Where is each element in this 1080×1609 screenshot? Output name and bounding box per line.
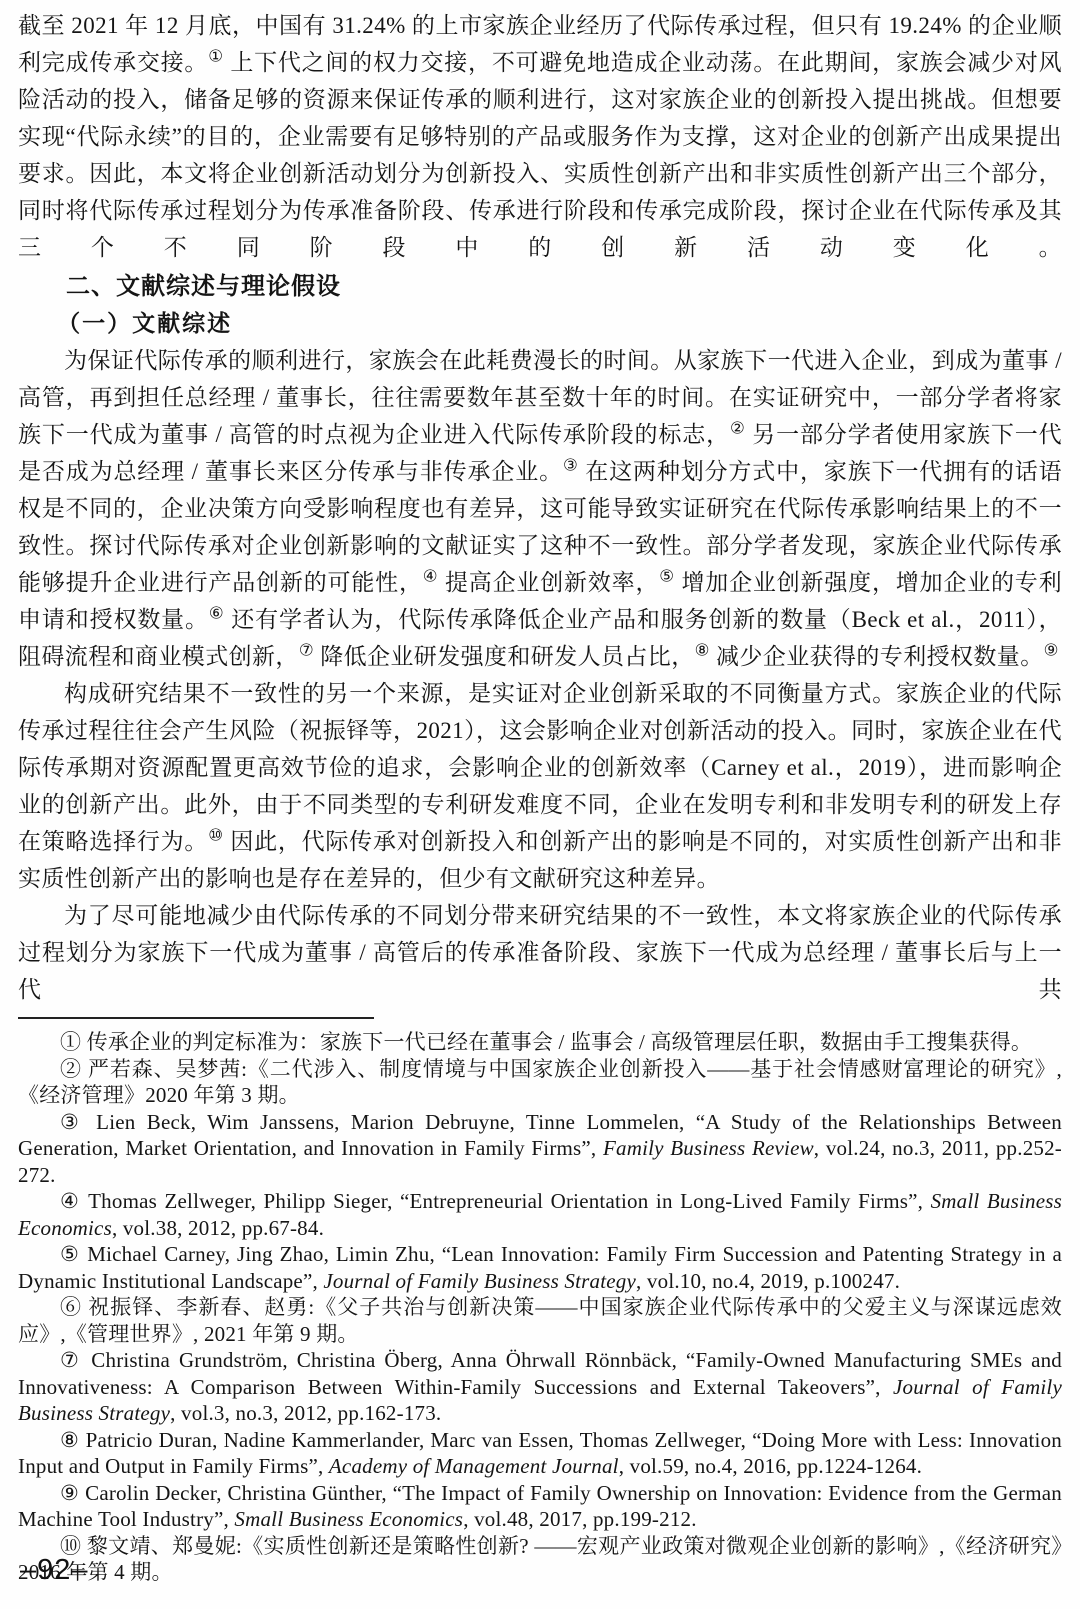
footnote-block: ① 传承企业的判定标准为：家族下一代已经在董事会 / 监事会 / 高级管理层任职…	[18, 1029, 1062, 1586]
footnote-5: ⑤ Michael Carney, Jing Zhao, Limin Zhu, …	[18, 1241, 1062, 1294]
footnote-2: ② 严若森、吴梦茜:《二代涉入、制度情境与中国家族企业创新投入——基于社会情感财…	[18, 1056, 1062, 1109]
journal-page: 截至 2021 年 12 月底，中国有 31.24% 的上市家族企业经历了代际传…	[0, 0, 1080, 1609]
footnote-10: ⑩ 黎文靖、郑曼妮:《实质性创新还是策略性创新? ——宏观产业政策对微观企业创新…	[18, 1533, 1062, 1586]
footnote-7: ⑦ Christina Grundström, Christina Öberg,…	[18, 1347, 1062, 1427]
paragraph-stage-division: 为了尽可能地减少由代际传承的不同划分带来研究结果的不一致性，本文将家族企业的代际…	[18, 897, 1062, 1008]
footnote-8: ⑧ Patricio Duran, Nadine Kammerlander, M…	[18, 1427, 1062, 1480]
footnote-6: ⑥ 祝振铎、李新春、赵勇:《父子共治与创新决策——中国家族企业代际传承中的父爱主…	[18, 1294, 1062, 1347]
footnote-9: ⑨ Carolin Decker, Christina Günther, “Th…	[18, 1480, 1062, 1533]
page-number: –92–	[20, 1554, 89, 1587]
subsection-heading: （一）文献综述	[18, 306, 1062, 342]
section-heading: 二、文献综述与理论假设	[18, 268, 1062, 306]
footnote-1: ① 传承企业的判定标准为：家族下一代已经在董事会 / 监事会 / 高级管理层任职…	[18, 1029, 1062, 1056]
footnote-4: ④ Thomas Zellweger, Philipp Sieger, “Ent…	[18, 1188, 1062, 1241]
footnote-3: ③ Lien Beck, Wim Janssens, Marion Debruy…	[18, 1109, 1062, 1189]
paragraph-literature-review: 为保证代际传承的顺利进行，家族会在此耗费漫长的时间。从家族下一代进入企业，到成为…	[18, 342, 1062, 675]
paragraph-measurement-inconsistency: 构成研究结果不一致性的另一个来源，是实证对企业创新采取的不同衡量方式。家族企业的…	[18, 675, 1062, 897]
footnote-separator	[18, 1017, 374, 1019]
continued-paragraph: 截至 2021 年 12 月底，中国有 31.24% 的上市家族企业经历了代际传…	[18, 7, 1062, 266]
